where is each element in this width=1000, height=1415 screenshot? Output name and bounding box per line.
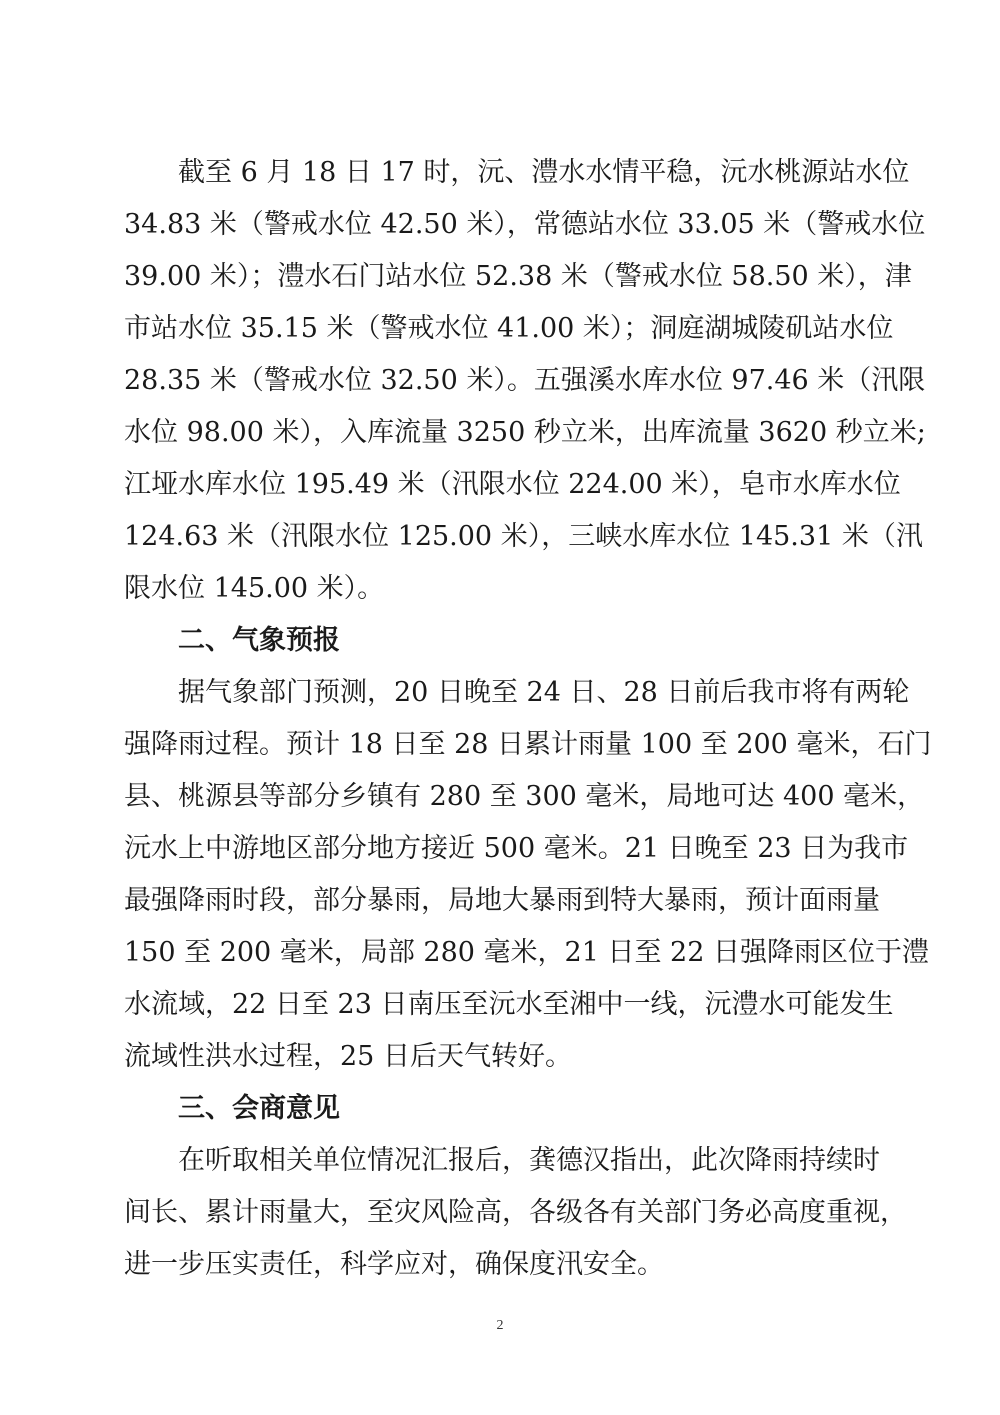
paragraph-line: 34.83 米（警戒水位 42.50 米），常德站水位 33.05 米（警戒水位 (124, 207, 876, 243)
paragraph-line: 江垭水库水位 195.49 米（汛限水位 224.00 米），皂市水库水位 (124, 467, 876, 503)
paragraph-line: 124.63 米（汛限水位 125.00 米），三峡水库水位 145.31 米（… (124, 519, 876, 555)
paragraph-line: 强降雨过程。预计 18 日至 28 日累计雨量 100 至 200 毫米，石门 (124, 727, 876, 763)
paragraph-line: 在听取相关单位情况汇报后，龚德汉指出，此次降雨持续时 (124, 1143, 876, 1179)
paragraph-line: 间长、累计雨量大，至灾风险高，各级各有关部门务必高度重视， (124, 1195, 876, 1231)
page-number: 2 (0, 1318, 1000, 1334)
paragraph-line: 28.35 米（警戒水位 32.50 米）。五强溪水库水位 97.46 米（汛限 (124, 363, 876, 399)
section-heading-weather-forecast: 二、气象预报 (178, 623, 340, 659)
paragraph-line: 沅水上中游地区部分地方接近 500 毫米。21 日晚至 23 日为我市 (124, 831, 876, 867)
paragraph-line: 据气象部门预测，20 日晚至 24 日、28 日前后我市将有两轮 (124, 675, 876, 711)
paragraph-line: 最强降雨时段，部分暴雨，局地大暴雨到特大暴雨，预计面雨量 (124, 883, 876, 919)
paragraph-line: 150 至 200 毫米，局部 280 毫米，21 日至 22 日强降雨区位于澧 (124, 935, 876, 971)
section-heading-consultation-opinion: 三、会商意见 (178, 1091, 340, 1127)
paragraph-line: 水流域，22 日至 23 日南压至沅水至湘中一线，沅澧水可能发生 (124, 987, 876, 1023)
paragraph-line: 市站水位 35.15 米（警戒水位 41.00 米）；洞庭湖城陵矶站水位 (124, 311, 876, 347)
paragraph-line: 截至 6 月 18 日 17 时，沅、澧水水情平稳，沅水桃源站水位 (124, 155, 876, 191)
paragraph-line: 39.00 米）；澧水石门站水位 52.38 米（警戒水位 58.50 米），津 (124, 259, 876, 295)
paragraph-line: 县、桃源县等部分乡镇有 280 至 300 毫米，局地可达 400 毫米， (124, 779, 876, 815)
paragraph-line: 进一步压实责任，科学应对，确保度汛安全。 (124, 1247, 876, 1283)
paragraph-line: 限水位 145.00 米）。 (124, 571, 876, 607)
paragraph-line: 水位 98.00 米），入库流量 3250 秒立米，出库流量 3620 秒立米; (124, 415, 876, 451)
paragraph-line: 流域性洪水过程，25 日后天气转好。 (124, 1039, 876, 1075)
